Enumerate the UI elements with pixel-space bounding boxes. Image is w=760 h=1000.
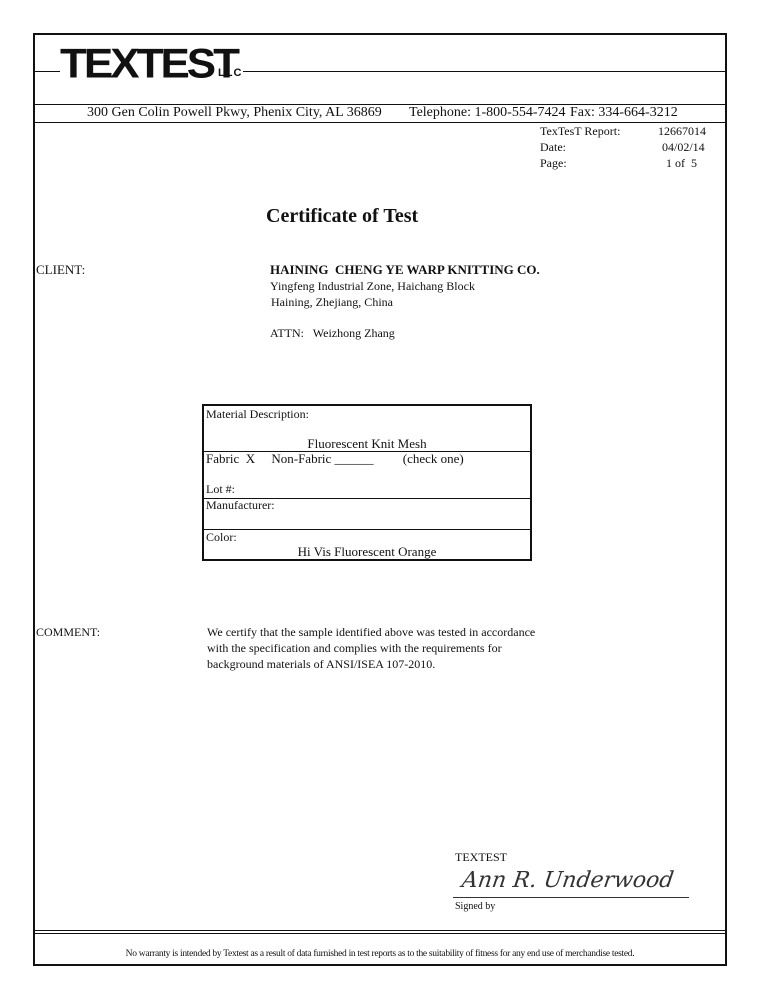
client-address-line2: Haining, Zhejiang, China (271, 295, 393, 310)
page-value: 1 of 5 (666, 156, 697, 171)
client-label: CLIENT: (36, 262, 85, 278)
manufacturer-row: Manufacturer: (204, 498, 530, 530)
signature: Ann R. Underwood (460, 868, 675, 893)
logo-llc: LLC (218, 67, 242, 79)
fax: Fax: 334-664-3212 (570, 105, 678, 121)
company-address: 300 Gen Colin Powell Pkwy, Phenix City, … (87, 105, 382, 121)
material-box: Material Description: Fluorescent Knit M… (202, 404, 532, 561)
footer-disclaimer: No warranty is intended by Textest as a … (0, 949, 760, 959)
comment-line2: with the specification and complies with… (207, 641, 502, 656)
signature-line (453, 897, 689, 898)
color-label: Color: (206, 530, 237, 545)
textest-logo: TEXTEST (60, 43, 237, 85)
page-title: Certificate of Test (266, 205, 418, 228)
client-address-line1: Yingfeng Industrial Zone, Haichang Block (270, 279, 475, 294)
client-name: HAINING CHENG YE WARP KNITTING CO. (270, 262, 540, 278)
footer-divider (33, 930, 727, 934)
page-label: Page: (540, 156, 567, 171)
telephone: Telephone: 1-800-554-7424 (409, 105, 565, 121)
date-value: 04/02/14 (662, 140, 705, 155)
material-description-row: Material Description: Fluorescent Knit M… (204, 406, 530, 452)
logo-rule-right (243, 71, 725, 72)
address-divider (35, 122, 725, 123)
fabric-check-line: Fabric X Non-Fabric ______ (check one) (206, 451, 464, 467)
client-attn: ATTN: Weizhong Zhang (270, 326, 395, 341)
manufacturer-label: Manufacturer: (206, 498, 275, 513)
signed-by-label: Signed by (455, 901, 495, 912)
fabric-lot-row: Fabric X Non-Fabric ______ (check one) L… (204, 451, 530, 499)
material-description-label: Material Description: (206, 407, 309, 422)
report-label: TexTesT Report: (540, 124, 620, 139)
material-description-value: Fluorescent Knit Mesh (204, 436, 530, 452)
lot-label: Lot #: (206, 482, 235, 497)
logo-rule-left (35, 71, 60, 72)
signature-company: TEXTEST (455, 850, 507, 865)
comment-line1: We certify that the sample identified ab… (207, 625, 535, 640)
comment-line3: background materials of ANSI/ISEA 107-20… (207, 657, 435, 672)
color-row: Color: Hi Vis Fluorescent Orange (204, 529, 530, 559)
date-label: Date: (540, 140, 566, 155)
color-value: Hi Vis Fluorescent Orange (204, 544, 530, 560)
comment-label: COMMENT: (36, 625, 100, 640)
report-number: 12667014 (658, 124, 706, 139)
